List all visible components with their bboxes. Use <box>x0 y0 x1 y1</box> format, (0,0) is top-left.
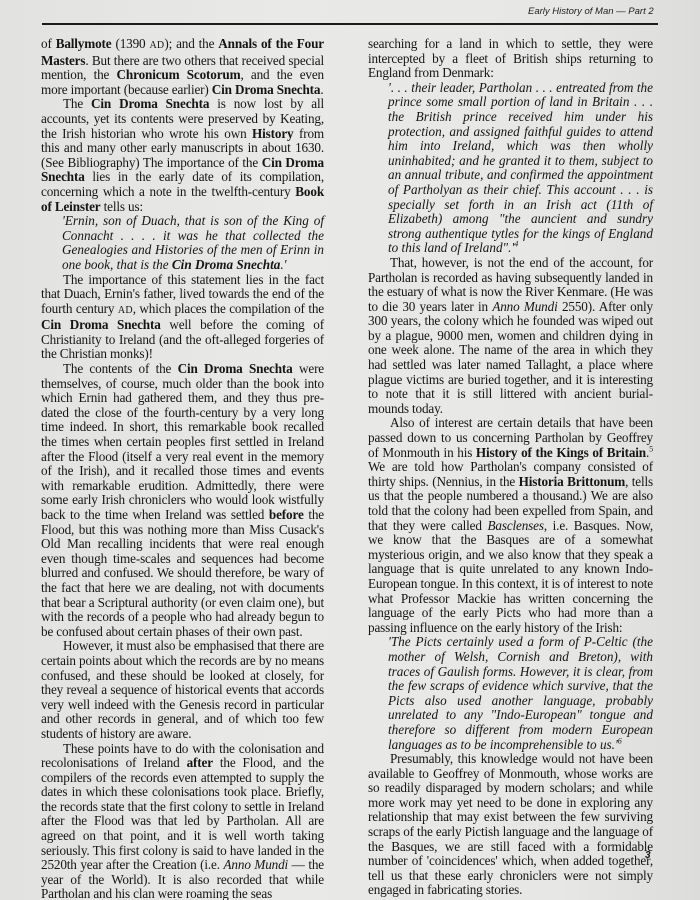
bold-title: Ballymote <box>56 36 112 51</box>
text: searching for a land in which to settle,… <box>368 36 653 80</box>
paragraph: searching for a land in which to settle,… <box>368 37 653 81</box>
text: of <box>41 36 56 51</box>
text: the Flood, but this was nothing more tha… <box>41 507 324 639</box>
right-column: searching for a land in which to settle,… <box>368 37 653 898</box>
text: . <box>320 82 323 97</box>
quote-text: .' <box>280 257 286 272</box>
paragraph: The contents of the Cin Droma Snechta we… <box>41 362 324 639</box>
book-page: Early History of Man — Part 2 of Ballymo… <box>0 0 700 900</box>
bold-title: Cin Droma Snechta <box>41 317 161 332</box>
footnote-marker: 4 <box>514 240 518 249</box>
text: , i.e. Basques. Now, we know that the Ba… <box>368 518 653 635</box>
running-head: Early History of Man — Part 2 <box>528 6 654 17</box>
bold-title: Chronicum Scotorum <box>117 67 241 82</box>
bold-title: Historia Brittonum <box>519 474 625 489</box>
bold-title: Cin Droma Snechta <box>178 361 293 376</box>
italic-term: Anno Mundi <box>224 857 289 872</box>
text: Presumably, this knowledge would not hav… <box>368 751 653 897</box>
text: the Flood, and the compilers of the reco… <box>41 755 324 872</box>
text: tells us: <box>101 199 143 214</box>
block-quote: 'The Picts certainly used a form of P-Ce… <box>388 635 653 752</box>
page-number: 3 <box>645 850 651 861</box>
text: , which places the compilation of the <box>133 301 324 316</box>
quote-text: '. . . their leader, Partholan . . . ent… <box>388 80 653 256</box>
text: The contents of the <box>63 361 178 376</box>
left-column: of Ballymote (1390 AD); and the Annals o… <box>41 37 324 900</box>
paragraph: However, it must also be emphasised that… <box>41 639 324 741</box>
paragraph: of Ballymote (1390 AD); and the Annals o… <box>41 37 324 97</box>
paragraph: The Cin Droma Snechta is now lost by all… <box>41 97 324 214</box>
text: (1390 <box>111 36 149 51</box>
paragraph: That, however, is not the end of the acc… <box>368 256 653 417</box>
text: were themselves, of course, much older t… <box>41 361 324 522</box>
text: ); and the <box>164 36 218 51</box>
italic-term: Anno Mundi <box>492 299 557 314</box>
paragraph: The importance of this statement lies in… <box>41 273 324 363</box>
paragraph: These points have to do with the colonis… <box>41 742 324 900</box>
bold-emphasis: before <box>269 507 304 522</box>
text: However, it must also be emphasised that… <box>41 638 324 741</box>
bold-title: Cin Droma Snechta <box>212 82 321 97</box>
italic-term: Basclenses <box>487 518 543 533</box>
bold-title: Cin Droma Snechta <box>91 96 209 111</box>
footnote-marker: 6 <box>618 736 622 745</box>
block-quote: 'Ernin, son of Duach, that is son of the… <box>62 214 324 272</box>
bold-title: History of the Kings of Britain <box>476 445 646 460</box>
text: 2550). After only 300 years, the colony … <box>368 299 653 416</box>
bold-title: History <box>252 126 293 141</box>
paragraph: Also of interest are certain details tha… <box>368 416 653 635</box>
small-caps: AD <box>118 305 133 316</box>
quote-text: 'The Picts certainly used a form of P-Ce… <box>388 634 653 751</box>
paragraph: Presumably, this knowledge would not hav… <box>368 752 653 898</box>
bold-emphasis: after <box>187 755 213 770</box>
header-rule <box>42 23 658 25</box>
footnote-marker: 5 <box>649 444 653 453</box>
text: The <box>63 96 91 111</box>
block-quote: '. . . their leader, Partholan . . . ent… <box>388 81 653 256</box>
small-caps: AD <box>149 40 164 51</box>
bold-title: Cin Droma Snechta <box>172 257 280 272</box>
